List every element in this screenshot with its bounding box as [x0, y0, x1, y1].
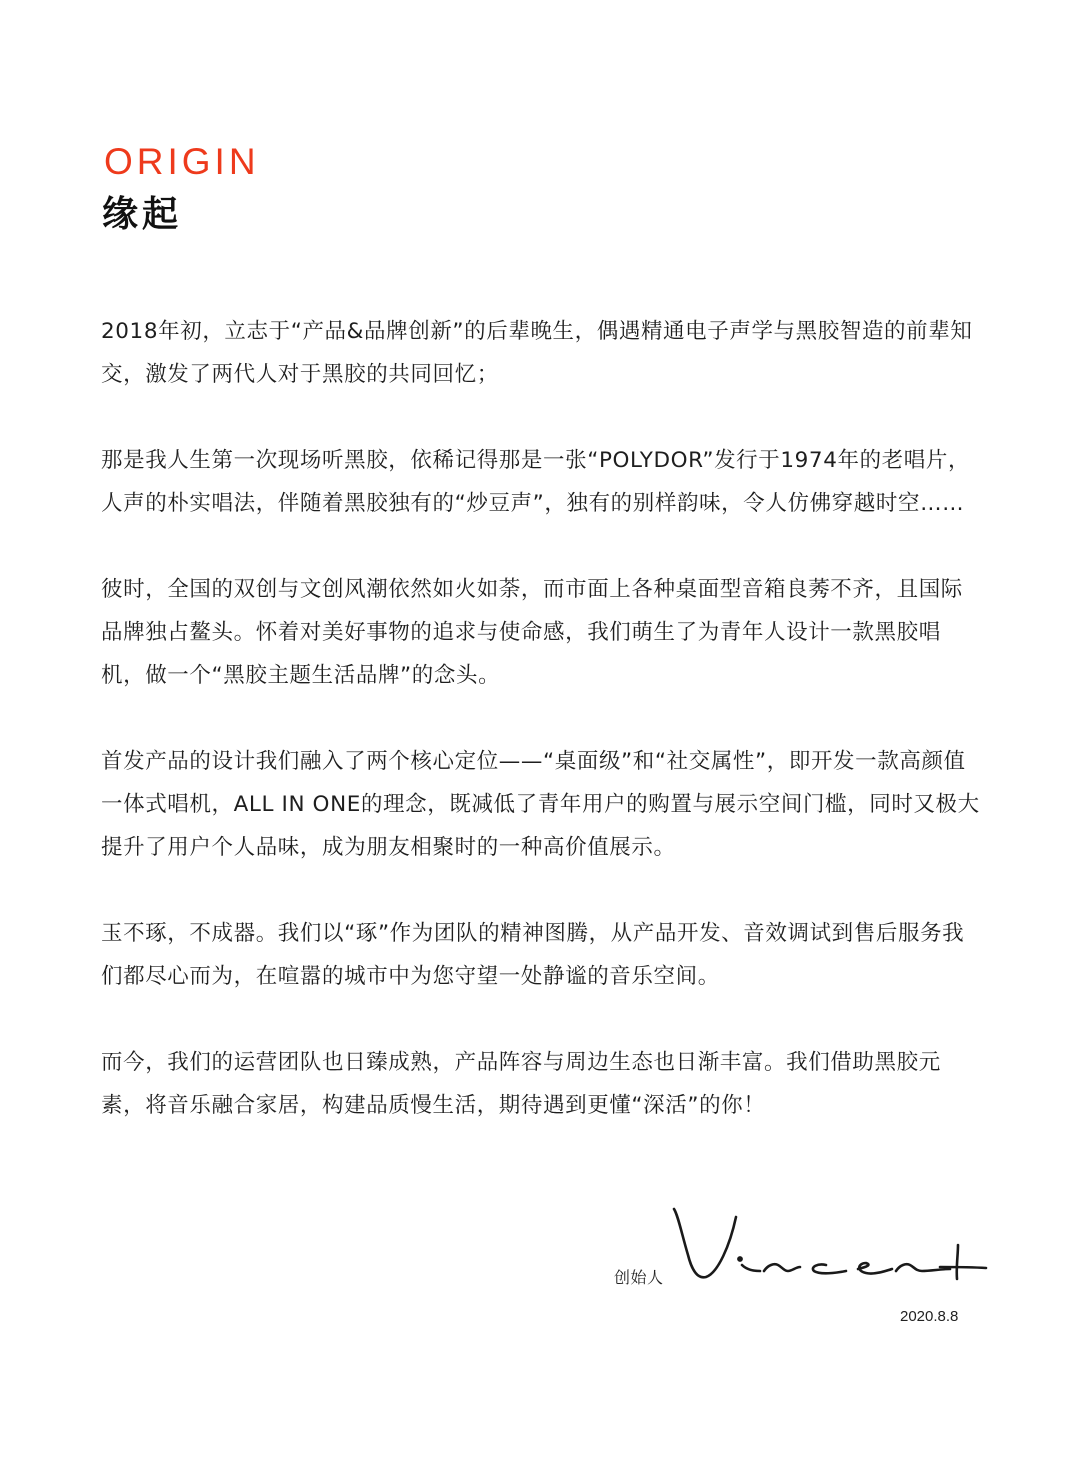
signature-role: 创始人: [614, 1265, 664, 1288]
paragraph-1: 2018年初，立志于“产品&品牌创新”的后辈晚生，偶遇精通电子声学与黑胶智造的前…: [101, 310, 986, 396]
signature-block: 创始人: [610, 1205, 990, 1295]
paragraph-2: 那是我人生第一次现场听黑胶，依稀记得那是一张“POLYDOR”发行于1974年的…: [101, 439, 986, 525]
paragraph-line: 交，激发了两代人对于黑胶的共同回忆；: [101, 353, 986, 396]
paragraph-line: 玉不琢，不成器。我们以“琢”作为团队的精神图腾，从产品开发、音效调试到售后服务我: [101, 912, 986, 955]
paragraph-5: 玉不琢，不成器。我们以“琢”作为团队的精神图腾，从产品开发、音效调试到售后服务我…: [101, 912, 986, 998]
paragraph-line: 品牌独占鳌头。怀着对美好事物的追求与使命感，我们萌生了为青年人设计一款黑胶唱: [101, 611, 986, 654]
paragraph-line: 提升了用户个人品味，成为朋友相聚时的一种高价值展示。: [101, 826, 986, 869]
paragraph-line: 人声的朴实唱法，伴随着黑胶独有的“炒豆声”，独有的别样韵味，令人仿佛穿越时空……: [101, 482, 986, 525]
signature-handwriting-icon: [660, 1205, 990, 1295]
paragraph-3: 彼时，全国的双创与文创风潮依然如火如荼，而市面上各种桌面型音箱良莠不齐，且国际 …: [101, 568, 986, 697]
paragraph-line: 那是我人生第一次现场听黑胶，依稀记得那是一张“POLYDOR”发行于1974年的…: [101, 439, 986, 482]
paragraph-line: 2018年初，立志于“产品&品牌创新”的后辈晚生，偶遇精通电子声学与黑胶智造的前…: [101, 310, 986, 353]
title-origin: ORIGIN: [104, 140, 260, 184]
paragraph-line: 彼时，全国的双创与文创风潮依然如火如荼，而市面上各种桌面型音箱良莠不齐，且国际: [101, 568, 986, 611]
paragraph-6: 而今，我们的运营团队也日臻成熟，产品阵容与周边生态也日渐丰富。我们借助黑胶元 素…: [101, 1041, 986, 1127]
signature-date: 2020.8.8: [900, 1308, 958, 1325]
paragraph-line: 机，做一个“黑胶主题生活品牌”的念头。: [101, 654, 986, 697]
paragraph-4: 首发产品的设计我们融入了两个核心定位——“桌面级”和“社交属性”，即开发一款高颜…: [101, 740, 986, 869]
title-yuanqi: 缘起: [102, 192, 182, 238]
paragraph-line: 一体式唱机，ALL IN ONE的理念，既减低了青年用户的购置与展示空间门槛，同…: [101, 783, 986, 826]
letter-body: 2018年初，立志于“产品&品牌创新”的后辈晚生，偶遇精通电子声学与黑胶智造的前…: [101, 310, 986, 1170]
letter-page: ORIGIN 缘起 2018年初，立志于“产品&品牌创新”的后辈晚生，偶遇精通电…: [0, 0, 1080, 1470]
paragraph-line: 素，将音乐融合家居，构建品质慢生活，期待遇到更懂“深活”的你！: [101, 1084, 986, 1127]
paragraph-line: 首发产品的设计我们融入了两个核心定位——“桌面级”和“社交属性”，即开发一款高颜…: [101, 740, 986, 783]
paragraph-line: 而今，我们的运营团队也日臻成熟，产品阵容与周边生态也日渐丰富。我们借助黑胶元: [101, 1041, 986, 1084]
paragraph-line: 们都尽心而为，在喧嚣的城市中为您守望一处静谧的音乐空间。: [101, 955, 986, 998]
